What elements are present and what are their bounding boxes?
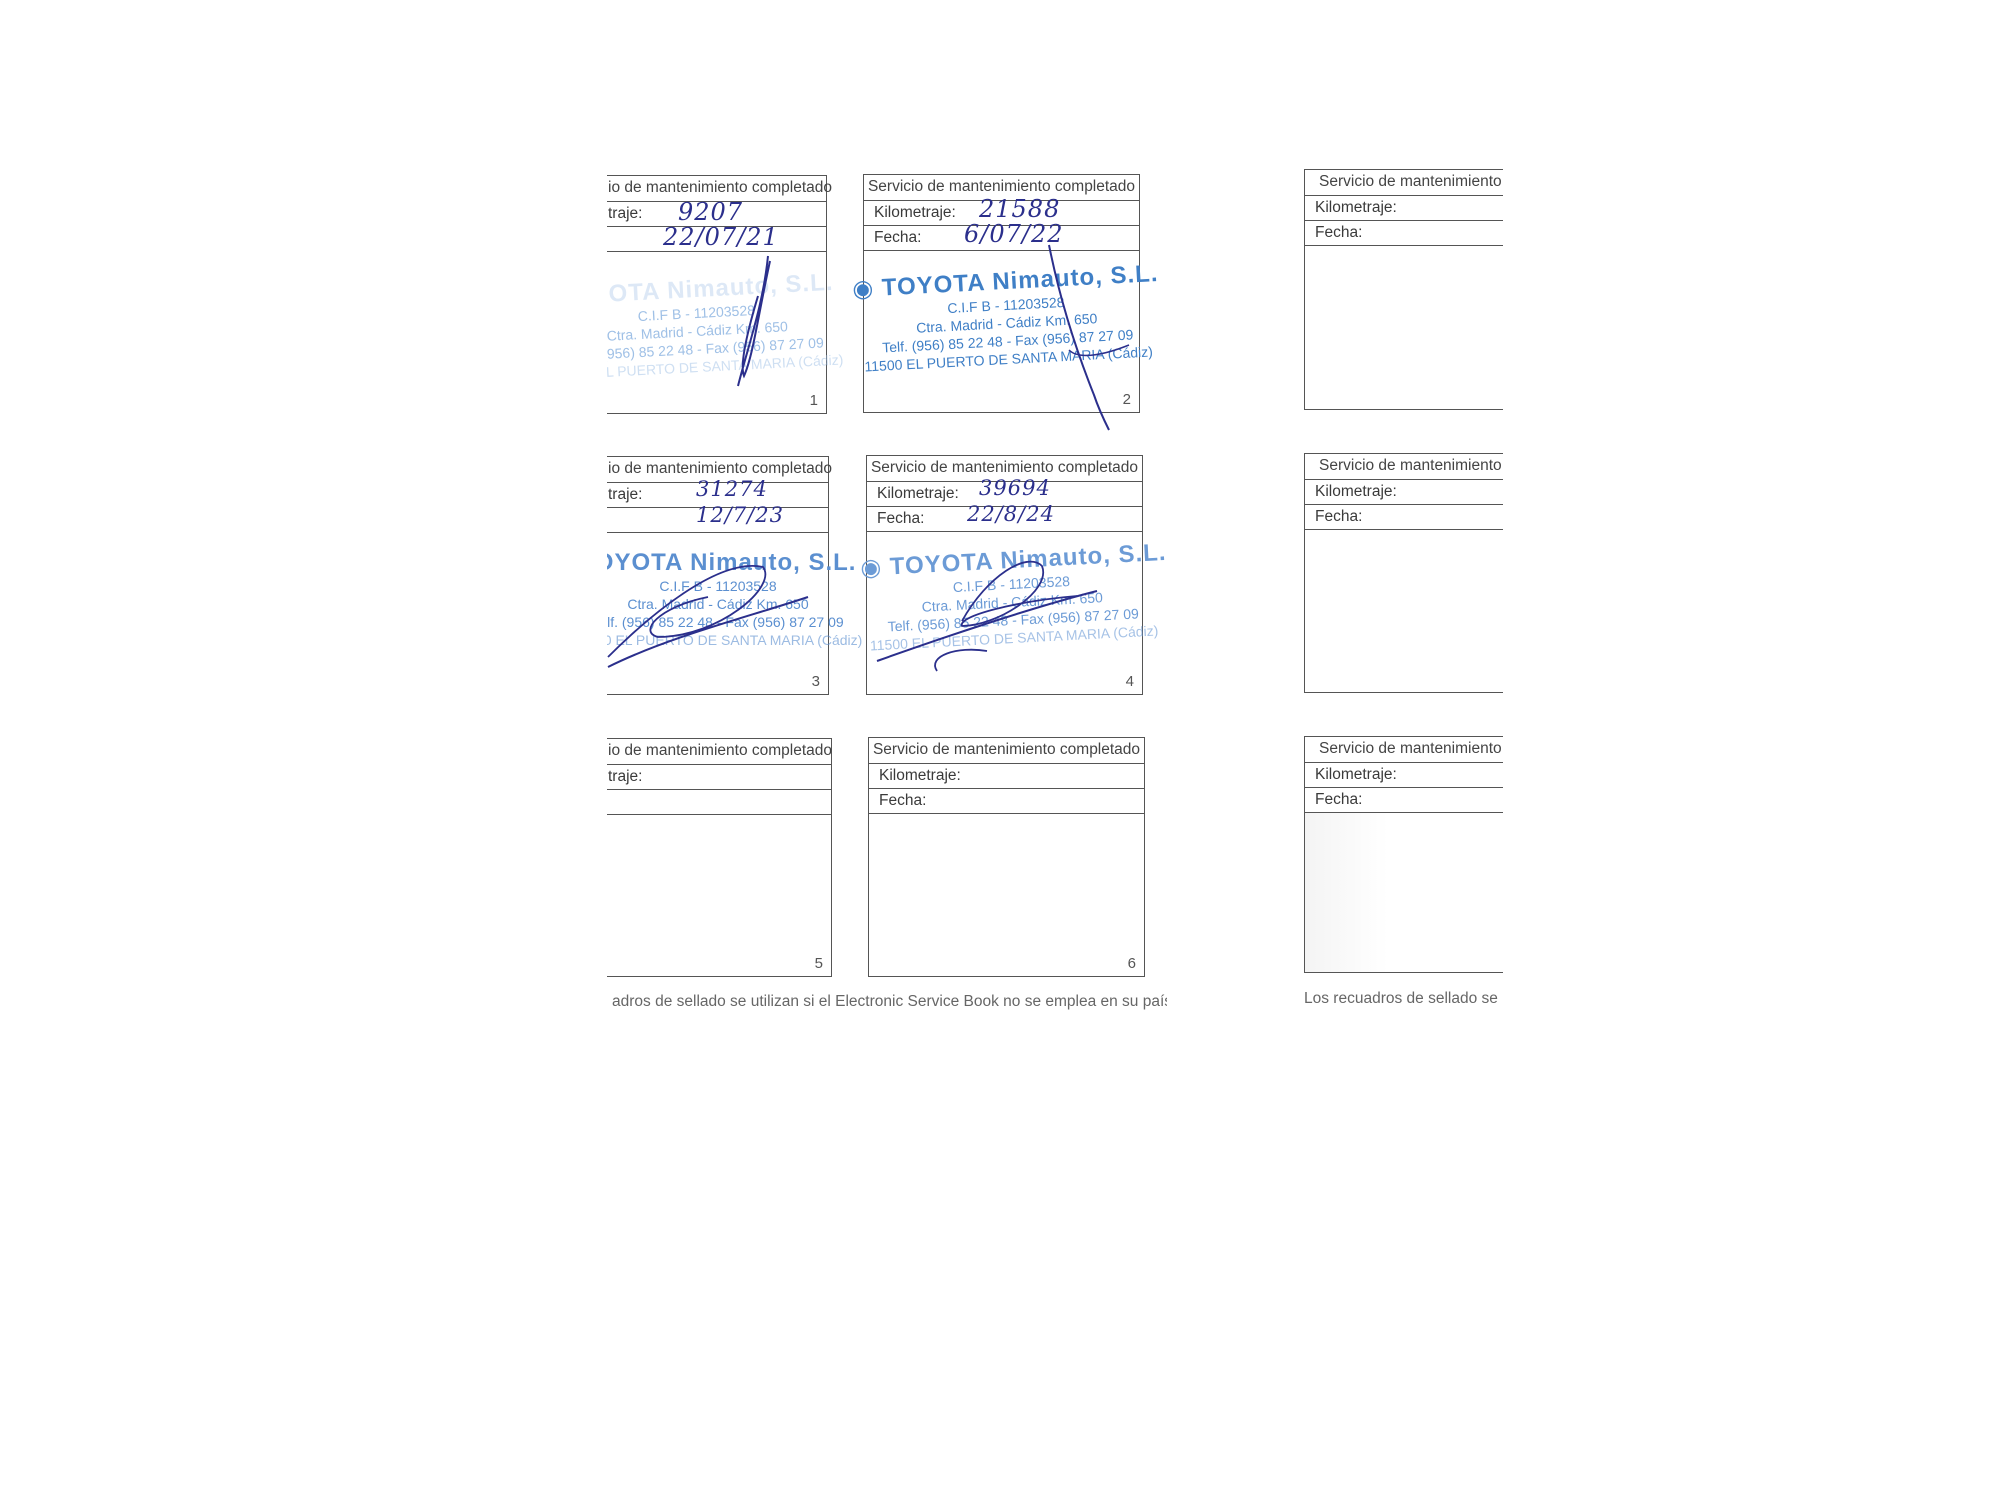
dealer-stamp: ◉ TOYOTA Nimauto, S.L. C.I.F B - 1120352… xyxy=(852,259,1162,376)
km-label: Kilometraje: xyxy=(877,485,959,502)
km-row: Kilometraje: xyxy=(869,764,1144,789)
box-header: Servicio de mantenimiento c xyxy=(1305,454,1503,480)
km-label: Kilometraje: xyxy=(1315,199,1397,216)
box-header: Servicio de mantenimiento c xyxy=(1305,737,1503,763)
stamp-box-5: io de mantenimiento completado traje: 5 xyxy=(607,738,832,977)
footer-note: adros de sellado se utilizan si el Elect… xyxy=(612,993,1167,1011)
km-row: Kilometraje: xyxy=(1305,763,1503,788)
date-value: 22/8/24 xyxy=(967,502,1055,526)
stamp-box-4: Servicio de mantenimiento completado Kil… xyxy=(866,455,1143,695)
box-number: 6 xyxy=(1128,955,1136,972)
date-row: Fecha: xyxy=(1305,788,1503,813)
date-row xyxy=(607,790,831,815)
box-header-text: io de mantenimiento completado xyxy=(608,176,826,200)
km-value: 9207 xyxy=(678,198,743,226)
box-header: io de mantenimiento completado xyxy=(607,739,831,765)
box-header-text: Servicio de mantenimiento c xyxy=(1319,173,1503,190)
box-header-text: io de mantenimiento completado xyxy=(608,739,831,763)
km-value: 31274 xyxy=(696,477,768,501)
stamp-address: Ctra. Madrid - Cádiz Km. 650 xyxy=(607,595,868,613)
dealer-stamp: TOYOTA Nimauto, S.L. C.I.F B - 11203528 … xyxy=(607,266,888,386)
km-row: traje: xyxy=(607,765,831,790)
box-number: 1 xyxy=(810,392,818,409)
km-label: traje: xyxy=(608,765,642,789)
km-label: traje: xyxy=(608,202,642,226)
date-row: Fecha: xyxy=(1305,505,1503,530)
date-label: Fecha: xyxy=(874,229,921,246)
right-stamp-box-2: Servicio de mantenimiento c Kilometraje:… xyxy=(1304,453,1503,693)
date-label: Fecha: xyxy=(1315,791,1362,808)
date-label: Fecha: xyxy=(1315,508,1362,525)
dealer-stamp: ◉ TOYOTA Nimauto, S.L. C.I.F B - 1120352… xyxy=(860,538,1165,655)
stamp-box-2: Servicio de mantenimiento completado Kil… xyxy=(863,174,1140,413)
toyota-logo-icon: ◉ xyxy=(860,554,883,582)
box-number: 3 xyxy=(812,673,820,690)
stamp-phone: Telf. (956) 85 22 48 - Fax (956) 87 27 0… xyxy=(607,613,868,631)
footer-note: Los recuadros de sellado se utiliz xyxy=(1304,990,1503,1008)
km-label: Kilometraje: xyxy=(879,767,961,784)
stamp-box-6: Servicio de mantenimiento completado Kil… xyxy=(868,737,1145,977)
box-header-text: Servicio de mantenimiento c xyxy=(1319,740,1503,757)
date-value: 12/7/23 xyxy=(696,503,784,527)
toyota-logo-icon: ◉ xyxy=(852,275,875,303)
box-header: Servicio de mantenimiento completado xyxy=(869,738,1144,764)
box-header-text: Servicio de mantenimiento c xyxy=(1319,457,1503,474)
right-stamp-box-1: Servicio de mantenimiento c Kilometraje:… xyxy=(1304,169,1503,410)
box-header: Servicio de mantenimiento c xyxy=(1305,170,1503,196)
date-label: Fecha: xyxy=(877,510,924,527)
stamp-city: 11500 EL PUERTO DE SANTA MARIA (Cádiz) xyxy=(607,631,868,649)
km-row: Kilometraje: xyxy=(1305,480,1503,505)
date-row: Fecha: xyxy=(1305,221,1503,246)
stamp-box-1: io de mantenimiento completado traje: 92… xyxy=(607,175,827,414)
left-page: io de mantenimiento completado traje: 92… xyxy=(607,150,1167,1030)
right-stamp-box-3: Servicio de mantenimiento c Kilometraje:… xyxy=(1304,736,1503,973)
km-label: Kilometraje: xyxy=(1315,766,1397,783)
stamp-cif: C.I.F B - 11203528 xyxy=(607,577,868,595)
date-value: 6/07/22 xyxy=(964,220,1064,248)
date-label: Fecha: xyxy=(879,792,926,809)
date-row: Fecha: xyxy=(869,789,1144,814)
box-number: 4 xyxy=(1126,673,1134,690)
km-label: Kilometraje: xyxy=(874,204,956,221)
km-value: 21588 xyxy=(979,195,1060,223)
km-label: traje: xyxy=(608,483,642,507)
dealer-stamp: TOYOTA Nimauto, S.L. C.I.F B - 11203528 … xyxy=(607,549,868,649)
stamp-box-3: io de mantenimiento completado traje: 31… xyxy=(607,456,829,695)
box-number: 2 xyxy=(1123,391,1131,408)
right-page: Servicio de mantenimiento c Kilometraje:… xyxy=(1300,150,1503,1030)
km-label: Kilometraje: xyxy=(1315,483,1397,500)
date-value: 22/07/21 xyxy=(663,223,779,251)
stamp-brand: TOYOTA Nimauto, S.L. xyxy=(607,549,868,577)
km-value: 39694 xyxy=(979,476,1051,500)
box-number: 5 xyxy=(815,955,823,972)
date-label: Fecha: xyxy=(1315,224,1362,241)
km-row: Kilometraje: xyxy=(1305,196,1503,221)
